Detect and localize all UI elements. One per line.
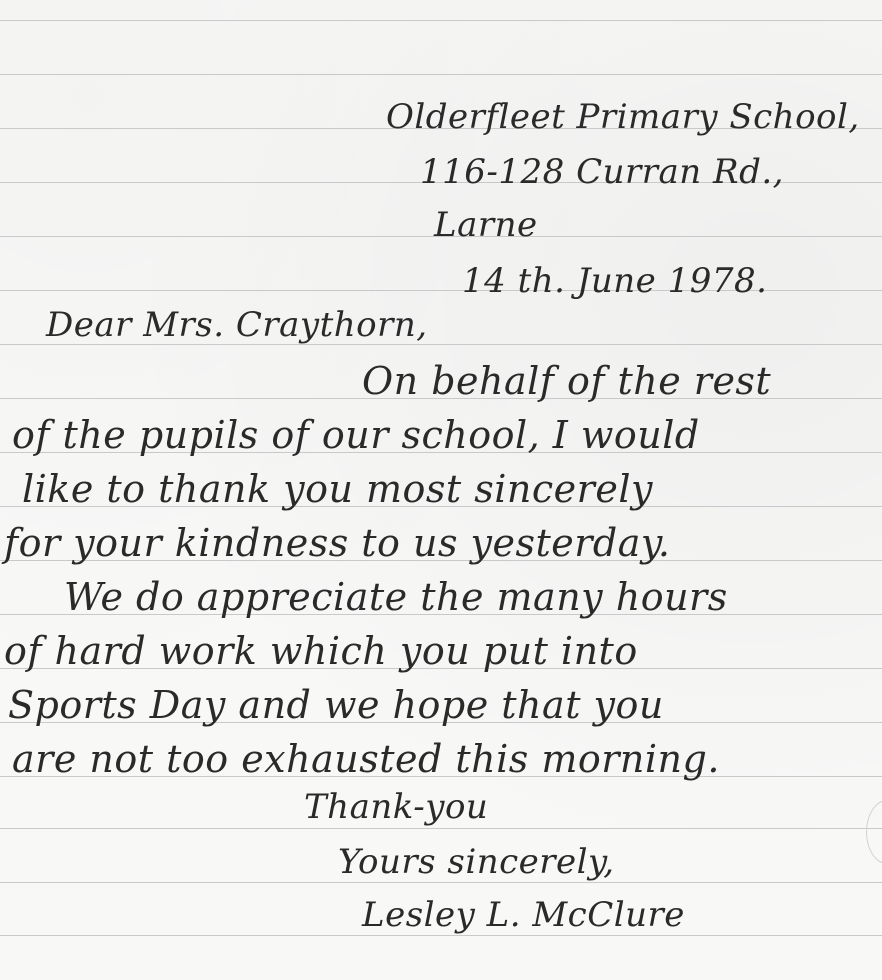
address-school: Olderfleet Primary School,: [386, 100, 860, 134]
signature: Lesley L. McClure: [362, 898, 685, 932]
ruled-line: [0, 882, 882, 883]
ruled-line: [0, 935, 882, 936]
address-street: 116-128 Curran Rd.,: [420, 155, 784, 189]
address-town: Larne: [434, 208, 538, 242]
ruled-line: [0, 828, 882, 829]
salutation: Dear Mrs. Craythorn,: [46, 308, 428, 342]
ruled-line: [0, 20, 882, 21]
body-line-8: are not too exhausted this morning.: [12, 740, 720, 778]
closing-valediction: Yours sincerely,: [338, 845, 615, 879]
letter-date: 14 th. June 1978.: [462, 264, 767, 298]
body-line-1: On behalf of the rest: [362, 362, 771, 400]
body-line-2: of the pupils of our school, I would: [12, 416, 700, 454]
closing-thanks: Thank-you: [304, 790, 488, 824]
body-line-4: for your kindness to us yesterday.: [4, 524, 670, 562]
ruled-line: [0, 74, 882, 75]
punch-hole: [866, 800, 882, 864]
body-line-5: We do appreciate the many hours: [64, 578, 728, 616]
body-line-6: of hard work which you put into: [4, 632, 638, 670]
body-line-7: Sports Day and we hope that you: [8, 686, 664, 724]
body-line-3: like to thank you most sincerely: [22, 470, 653, 508]
